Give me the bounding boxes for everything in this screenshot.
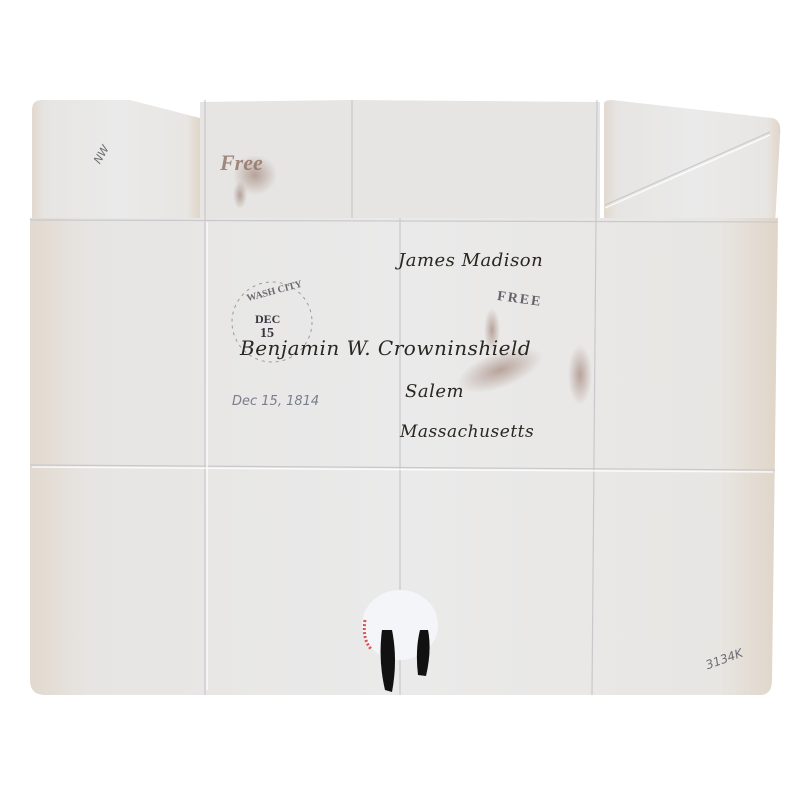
postmark-month: DEC: [255, 312, 280, 327]
paper-sheet: [0, 0, 800, 800]
franking-signature: James Madison: [398, 250, 543, 271]
address-name: Benjamin W. Crowninshield: [240, 336, 531, 360]
address-state: Massachusetts: [400, 422, 534, 442]
letter-cover: James Madison Benjamin W. Crowninshield …: [0, 0, 800, 800]
postmark-day: 15: [260, 326, 274, 342]
top-panel-marking: Free: [220, 150, 263, 176]
address-city: Salem: [405, 381, 464, 402]
docket-note: Dec 15, 1814: [232, 394, 319, 409]
